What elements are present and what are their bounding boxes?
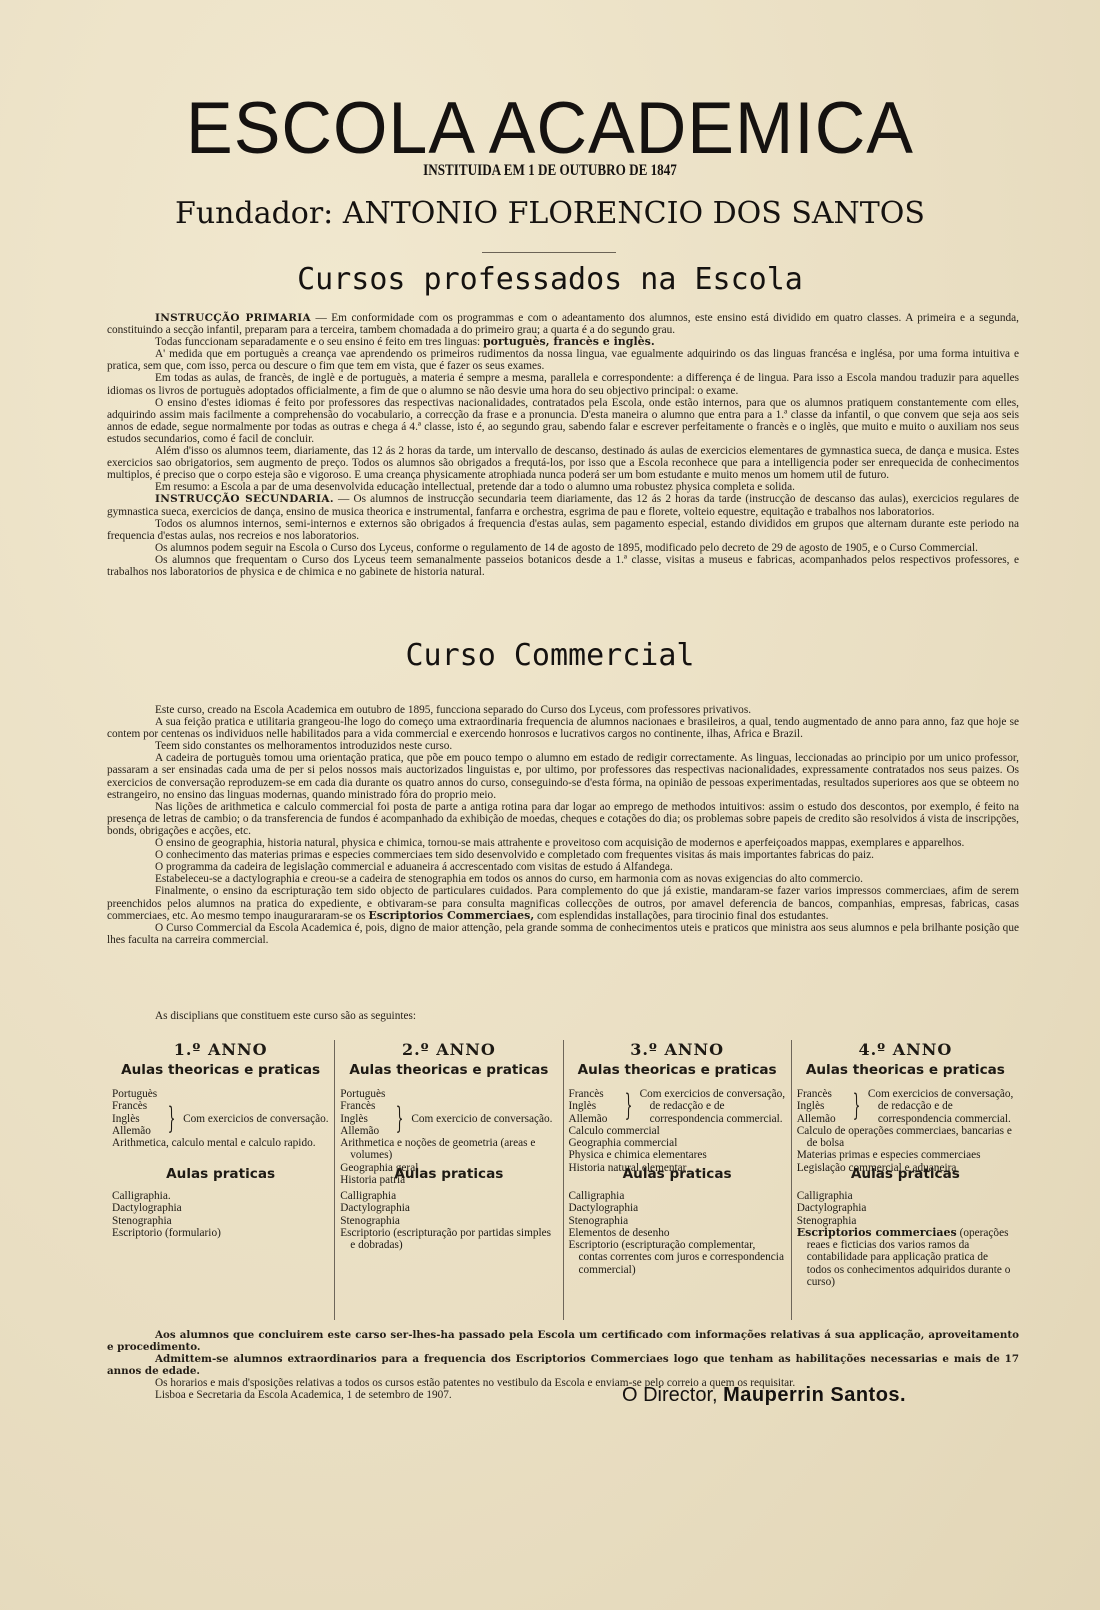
signature: O Director, Mauperrin Santos.	[622, 1384, 906, 1407]
practice-subject: Elementos de desenho	[569, 1227, 786, 1239]
language: Allemão	[569, 1113, 619, 1125]
disciplines-intro: As disciplians que constituem este curso…	[107, 1010, 1019, 1022]
practice-heading: Aulas praticas	[335, 1166, 562, 1182]
year-heading: 1.º ANNO	[112, 1040, 329, 1062]
section-title-commercial: Curso Commercial	[0, 638, 1100, 673]
emphasis: Escriptorios Commerciaes,	[368, 909, 534, 922]
language-group: FrancèsInglèsAllemão}Com exercicios de c…	[569, 1088, 786, 1125]
commercial-body: Este curso, creado na Escola Academica e…	[107, 704, 1019, 946]
language: Inglès	[797, 1100, 847, 1112]
year-heading: 2.º ANNO	[340, 1040, 557, 1062]
practice-list: CalligraphiaDactylographiaStenographiaEl…	[569, 1190, 786, 1276]
commercial-paragraph: O programma da cadeira de legislação com…	[107, 861, 1019, 873]
practice-subject: Stenographia	[569, 1215, 786, 1227]
practice-list: Calligraphia.DactylographiaStenographiaE…	[112, 1190, 329, 1239]
commercial-paragraph: O Curso Commercial da Escola Academica é…	[107, 922, 1019, 946]
language-group: FrancèsInglèsAllemão}Com exercicios de c…	[112, 1100, 329, 1137]
practice-subject: Escriptorio (escripturação complementar,…	[569, 1239, 786, 1276]
language-note: Com exercicios de conversação, de redacç…	[640, 1088, 786, 1125]
theory-list: FrancèsInglèsAllemão}Com exercicios de c…	[569, 1088, 786, 1174]
practice-subject: Dactylographia	[112, 1202, 329, 1214]
emphasis: Escriptorios commerciaes	[797, 1226, 957, 1239]
practice-subject: Calligraphia	[797, 1190, 1014, 1202]
brace-icon: }	[624, 1091, 632, 1121]
subject: Calculo commercial	[569, 1125, 786, 1137]
language: Allemão	[112, 1125, 162, 1137]
language-note: Com exercicio de conversação.	[411, 1113, 557, 1125]
disciplines-intro-text: As disciplians que constituem este curso…	[107, 1010, 1019, 1022]
theory-heading: Aulas theoricas e praticas	[797, 1062, 1014, 1084]
theory-list: PortuguèsFrancèsInglèsAllemão}Com exerci…	[112, 1088, 329, 1149]
cursos-paragraph: Todas funccionam separadamente e o seu e…	[107, 336, 1019, 348]
language: Francès	[797, 1088, 847, 1100]
language: Allemão	[340, 1125, 390, 1137]
year-heading: 4.º ANNO	[797, 1040, 1014, 1062]
commercial-paragraph: Finalmente, o ensino da escripturação te…	[107, 885, 1019, 921]
commercial-paragraph: O conhecimento das materias primas e esp…	[107, 849, 1019, 861]
certificate-note: Aos alumnos que concluirem este carso se…	[107, 1329, 1019, 1353]
practice-list: CalligraphiaDactylographiaStenographiaEs…	[797, 1190, 1014, 1288]
cursos-paragraph: INSTRUCÇÃO SECUNDARIA. — Os alumnos de i…	[107, 493, 1019, 517]
language: Francès	[112, 1100, 162, 1112]
language: Francès	[340, 1100, 390, 1112]
practice-subject: Calligraphia.	[112, 1190, 329, 1202]
theory-heading: Aulas theoricas e praticas	[569, 1062, 786, 1084]
signature-prefix: O Director,	[622, 1384, 718, 1406]
subject: Portuguès	[340, 1088, 557, 1100]
document-page: ESCOLA ACADEMICA INSTITUIDA EM 1 DE OUTU…	[0, 0, 1100, 1610]
language-note: Com exercicios de conversação.	[183, 1113, 329, 1125]
cursos-paragraph: A' medida que em portuguès a creança vae…	[107, 348, 1019, 372]
theory-heading: Aulas theoricas e praticas	[340, 1062, 557, 1084]
language-names: FrancèsInglèsAllemão	[797, 1088, 847, 1125]
disciplines-table: 1.º ANNOAulas theoricas e praticasPortug…	[107, 1040, 1019, 1320]
commercial-paragraph: Estabeleceu-se a dactylographia e creou-…	[107, 873, 1019, 885]
cursos-paragraph: Os alumnos podem seguir na Escola o Curs…	[107, 542, 1019, 554]
language-names: FrancèsInglèsAllemão	[340, 1100, 390, 1137]
practice-heading: Aulas praticas	[792, 1166, 1019, 1182]
commercial-paragraph: O ensino de geographia, historia natural…	[107, 837, 1019, 849]
practice-subject: Dactylographia	[569, 1202, 786, 1214]
year-column: 1.º ANNOAulas theoricas e praticasPortug…	[107, 1040, 334, 1320]
practice-subject: Escriptorio (formulario)	[112, 1227, 329, 1239]
cursos-paragraph: Todos os alumnos internos, semi-internos…	[107, 518, 1019, 542]
theory-list: FrancèsInglèsAllemão}Com exercicios de c…	[797, 1088, 1014, 1174]
practice-list: CalligraphiaDactylographiaStenographiaEs…	[340, 1190, 557, 1251]
cursos-paragraph: Em todas as aulas, de francès, de inglè …	[107, 372, 1019, 396]
practice-heading: Aulas praticas	[564, 1166, 791, 1182]
language-note: Com exercicios de conversação, de redacç…	[868, 1088, 1014, 1125]
theory-heading: Aulas theoricas e praticas	[112, 1062, 329, 1084]
commercial-paragraph: Este curso, creado na Escola Academica e…	[107, 704, 1019, 716]
subject: Materias primas e especies commerciaes	[797, 1149, 1014, 1161]
subject: Calculo de operações commerciaes, bancar…	[797, 1125, 1014, 1150]
language: Inglès	[569, 1100, 619, 1112]
practice-subject: Stenographia	[340, 1215, 557, 1227]
year-column: 2.º ANNOAulas theoricas e praticasPortug…	[334, 1040, 562, 1320]
year-heading: 3.º ANNO	[569, 1040, 786, 1062]
subject: Physica e chimica elementares	[569, 1149, 786, 1161]
commercial-paragraph: Nas lições de arithmetica e calculo comm…	[107, 801, 1019, 837]
year-column: 4.º ANNOAulas theoricas e praticasFrancè…	[791, 1040, 1019, 1320]
director-name: Mauperrin Santos.	[723, 1384, 906, 1406]
subject: Portuguès	[112, 1088, 329, 1100]
cursos-paragraph: Em resumo: a Escola a par de uma desenvo…	[107, 481, 1019, 493]
language-group: FrancèsInglèsAllemão}Com exercicio de co…	[340, 1100, 557, 1137]
emphasis: portuguès, francès e inglès.	[483, 335, 655, 348]
language: Inglès	[340, 1113, 390, 1125]
language-names: FrancèsInglèsAllemão	[569, 1088, 619, 1125]
page-title: ESCOLA ACADEMICA	[0, 86, 1100, 170]
language-names: FrancèsInglèsAllemão	[112, 1100, 162, 1137]
year-column: 3.º ANNOAulas theoricas e praticasFrancè…	[563, 1040, 791, 1320]
cursos-body: INSTRUCÇÃO PRIMARIA — Em conformidade co…	[107, 312, 1019, 578]
section-lead: INSTRUCÇÃO SECUNDARIA.	[155, 493, 334, 505]
brace-icon: }	[852, 1091, 860, 1121]
practice-subject: Escriptorios commerciaes (operações reae…	[797, 1227, 1014, 1288]
practice-subject: Calligraphia	[569, 1190, 786, 1202]
cursos-paragraph: Os alumnos que frequentam o Curso dos Ly…	[107, 554, 1019, 578]
practice-subject: Calligraphia	[340, 1190, 557, 1202]
practice-heading: Aulas praticas	[107, 1166, 334, 1182]
practice-subject: Stenographia	[112, 1215, 329, 1227]
subject: Geographia commercial	[569, 1137, 786, 1149]
language-group: FrancèsInglèsAllemão}Com exercicios de c…	[797, 1088, 1014, 1125]
subject: Arithmetica, calculo mental e calculo ra…	[112, 1137, 329, 1149]
practice-subject: Dactylographia	[797, 1202, 1014, 1214]
cursos-paragraph: INSTRUCÇÃO PRIMARIA — Em conformidade co…	[107, 312, 1019, 336]
commercial-paragraph: A cadeira de portuguès tomou uma orienta…	[107, 752, 1019, 800]
practice-subject: Escriptorio (escripturação por partidas …	[340, 1227, 557, 1252]
admission-note: Admittem-se alumnos extraordinarios para…	[107, 1353, 1019, 1377]
subject: Arithmetica e noções de geometria (areas…	[340, 1137, 557, 1162]
commercial-paragraph: Teem sido constantes os melhoramentos in…	[107, 740, 1019, 752]
practice-subject: Dactylographia	[340, 1202, 557, 1214]
language: Inglès	[112, 1113, 162, 1125]
founder-line: Fundador: ANTONIO FLORENCIO DOS SANTOS	[0, 196, 1100, 231]
divider	[482, 252, 616, 253]
cursos-paragraph: Além d'isso os alumnos teem, diariamente…	[107, 445, 1019, 481]
section-title-cursos: Cursos professados na Escola	[0, 262, 1100, 297]
language: Allemão	[797, 1113, 847, 1125]
commercial-paragraph: A sua feição pratica e utilitaria grange…	[107, 716, 1019, 740]
brace-icon: }	[396, 1104, 404, 1134]
language: Francès	[569, 1088, 619, 1100]
section-lead: INSTRUCÇÃO PRIMARIA	[155, 312, 311, 324]
brace-icon: }	[168, 1104, 176, 1134]
founding-date: INSTITUIDA EM 1 DE OUTUBRO DE 1847	[99, 162, 1001, 180]
cursos-paragraph: O ensino d'estes idiomas é feito por pro…	[107, 397, 1019, 445]
